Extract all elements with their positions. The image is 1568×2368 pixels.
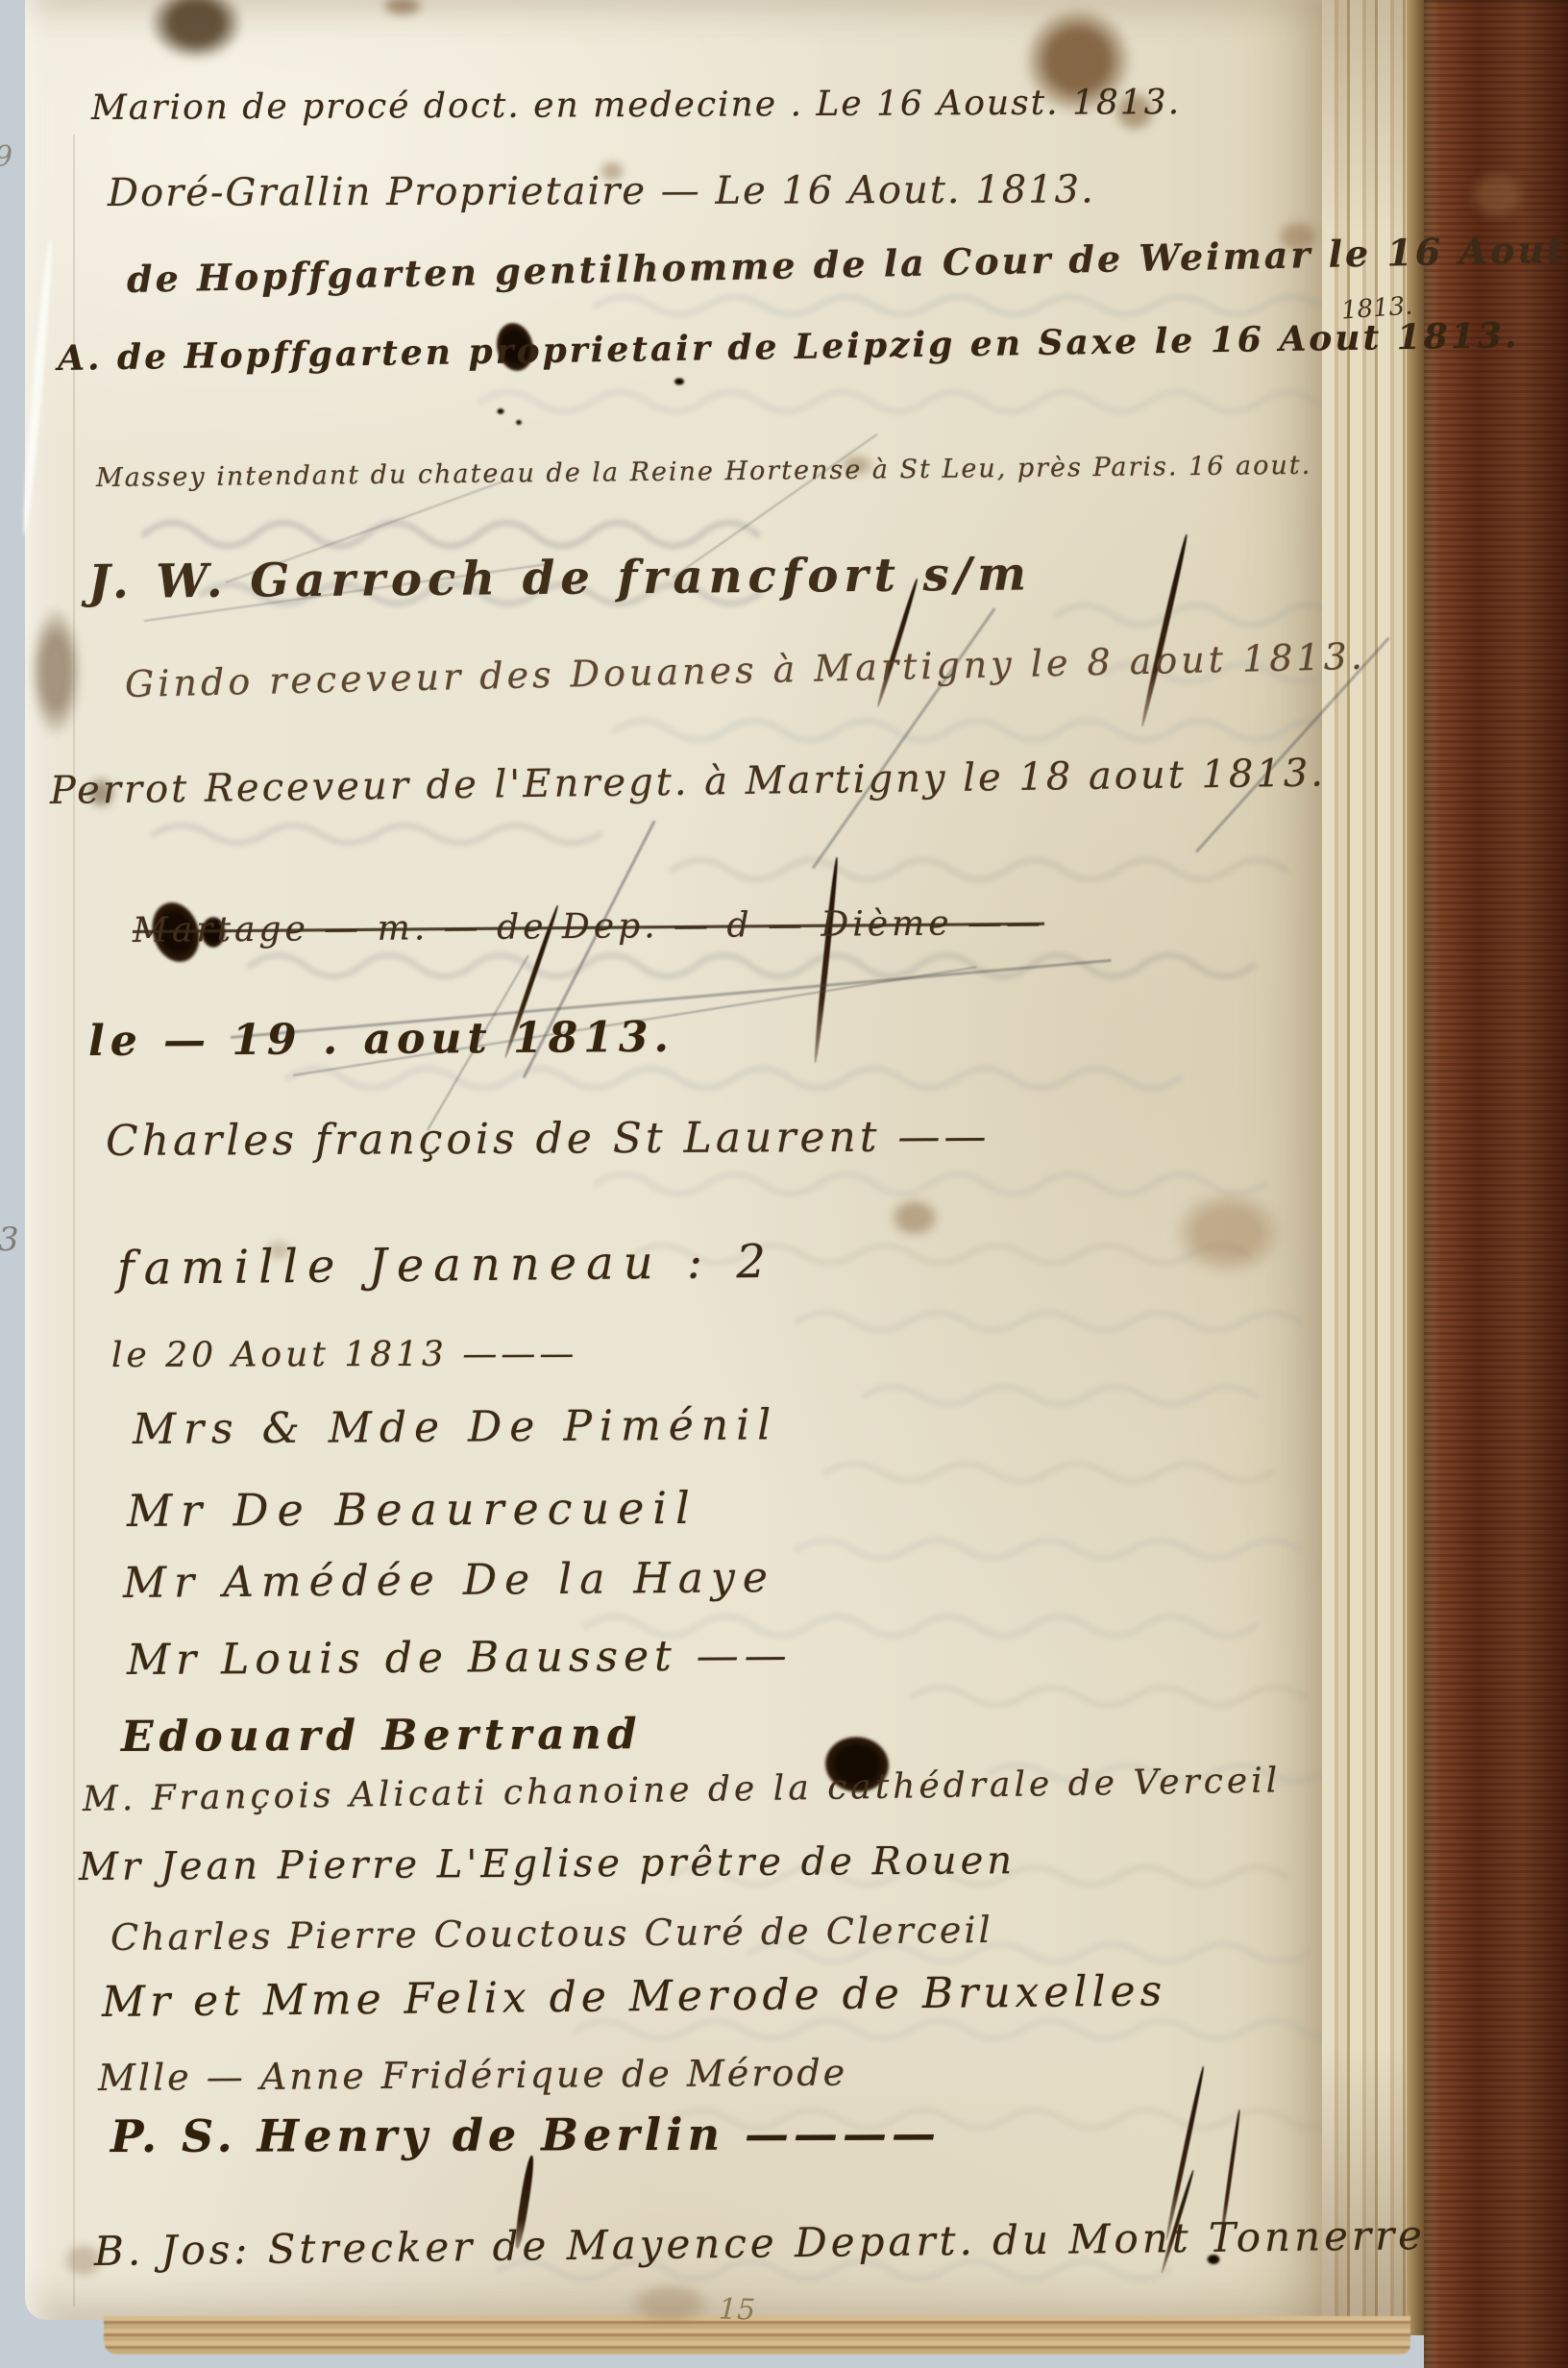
manuscript-line: Mr Louis de Bausset —— bbox=[127, 1631, 793, 1685]
superscript-year-note: 1813. bbox=[1340, 291, 1413, 325]
manuscript-line: Edouard Bertrand bbox=[121, 1710, 643, 1762]
manuscript-line: J. W. Garroch de francfort s/m bbox=[88, 547, 1032, 609]
manuscript-line: Martage — m. — de Dep. — d — Dième —— bbox=[133, 903, 1044, 950]
manuscript-line: Mrs & Mde De Piménil bbox=[133, 1400, 779, 1454]
manuscript-line: Charles françois de St Laurent —— bbox=[106, 1112, 991, 1166]
manuscript-line: Mr De Beaurecueil bbox=[127, 1482, 698, 1537]
manuscript-line: Charles Pierre Couctous Curé de Clerceil bbox=[110, 1909, 993, 1959]
manuscript-line: le 20 Aout 1813 ——— bbox=[111, 1334, 577, 1375]
scanned-book-page: Marion de procé doct. en medecine . Le 1… bbox=[0, 0, 1568, 2368]
paper-stain bbox=[1457, 160, 1537, 231]
margin-digit: 3 bbox=[0, 1221, 19, 1259]
ink-blot bbox=[673, 377, 686, 386]
paper-stain bbox=[1153, 1174, 1303, 1292]
ink-blot bbox=[496, 407, 505, 415]
manuscript-line: Doré-Grallin Proprietaire — Le 16 Aout. … bbox=[108, 167, 1095, 215]
ink-blot bbox=[515, 419, 523, 426]
manuscript-line: Marion de procé doct. en medecine . Le 1… bbox=[91, 83, 1181, 128]
pencil-page-number: 15 bbox=[718, 2292, 755, 2327]
paper-stain bbox=[880, 1190, 949, 1246]
page-stack-edge bbox=[104, 2316, 1410, 2355]
manuscript-line: P. S. Henry de Berlin ———— bbox=[110, 2108, 941, 2162]
paper-stain bbox=[611, 2274, 728, 2333]
manuscript-line: le — 19 . aout 1813. bbox=[88, 1013, 674, 1066]
paper-stain bbox=[21, 584, 90, 759]
manuscript-line: famille Jeanneau : 2 bbox=[117, 1235, 775, 1295]
manuscript-line: Mr Amédée De la Haye bbox=[123, 1553, 775, 1608]
paper-crease bbox=[73, 135, 75, 2306]
manuscript-line: Mr Jean Pierre L'Eglise prêtre de Rouen bbox=[79, 1838, 1016, 1889]
margin-digit: 9 bbox=[0, 140, 12, 174]
manuscript-line: Mlle — Anne Fridérique de Mérode bbox=[98, 2052, 847, 2099]
